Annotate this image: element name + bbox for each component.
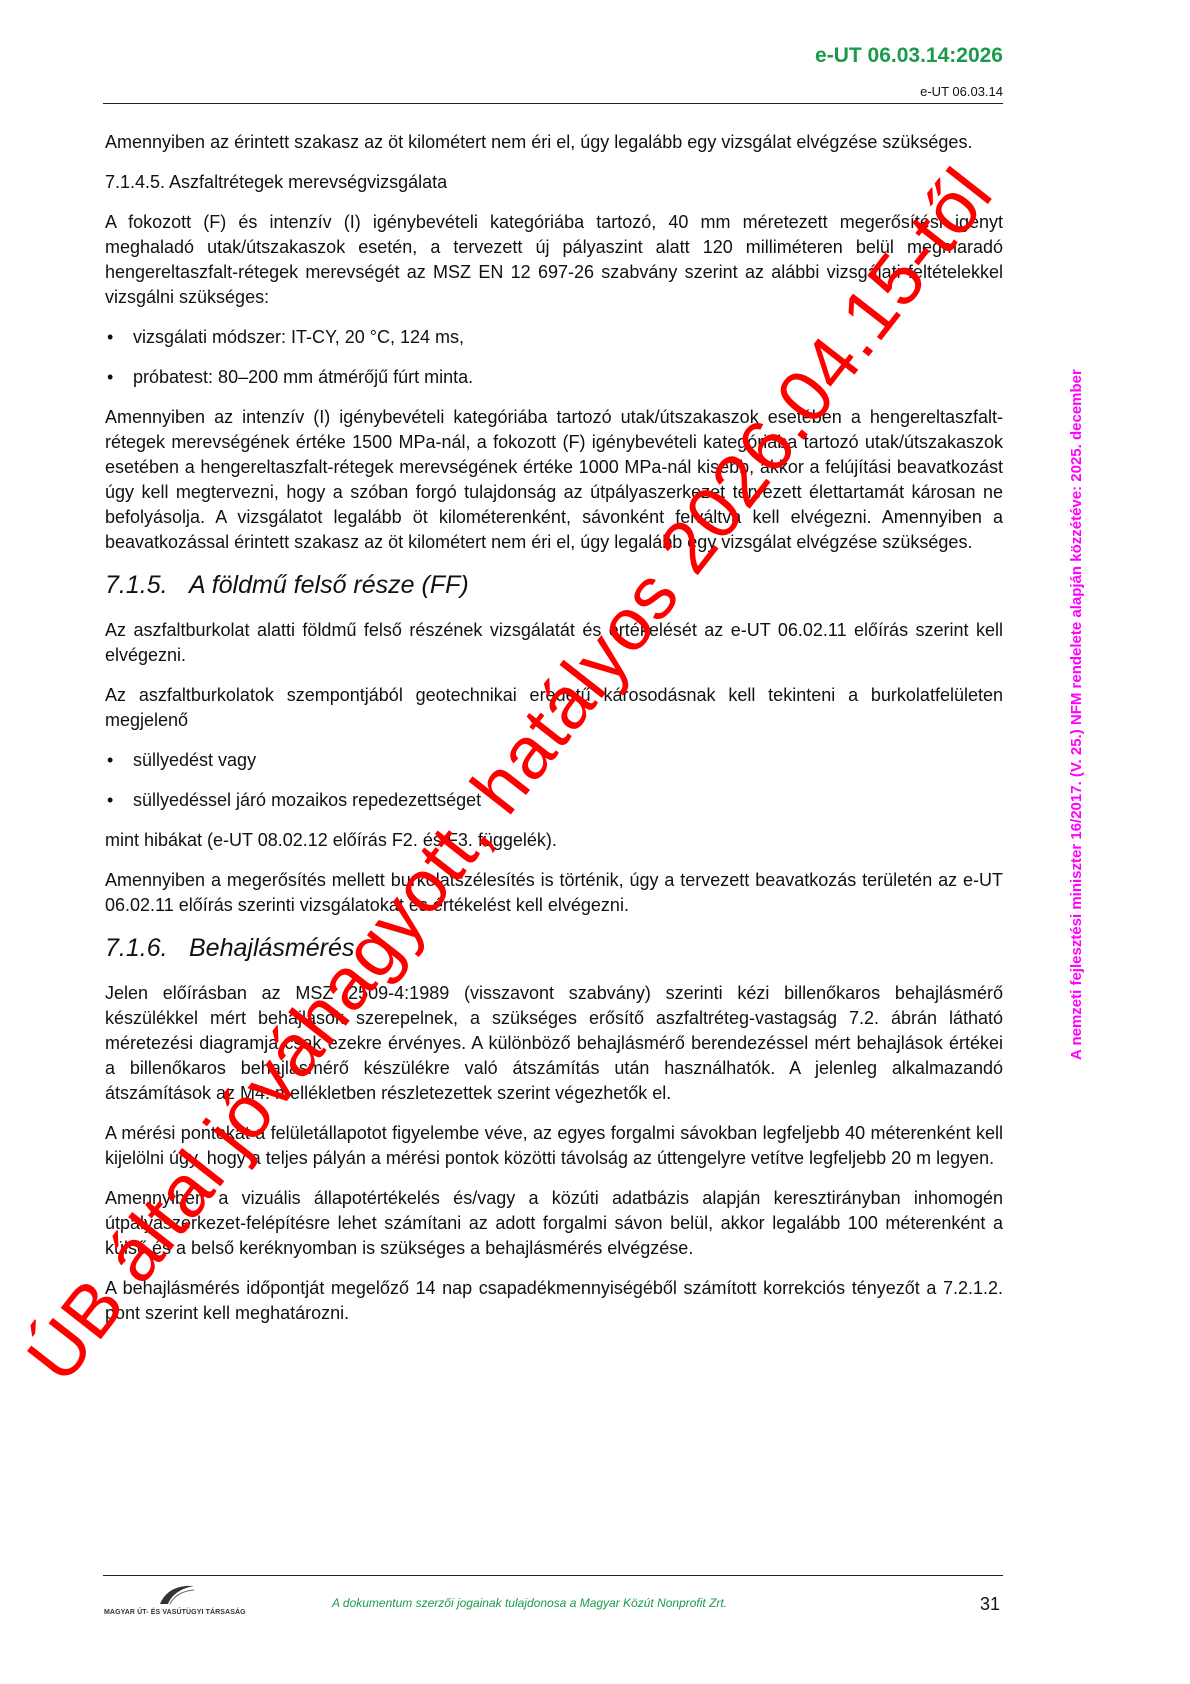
logo-label: MAGYAR ÚT- ÉS VASÚTÜGYI TÁRSASÁG — [104, 1609, 246, 1616]
footer-divider — [103, 1575, 1003, 1576]
publication-note: A nemzeti fejlesztési miniszter 16/2017.… — [1068, 369, 1085, 1060]
document-code: e-UT 06.03.14:2026 — [815, 44, 1003, 68]
header-divider — [103, 103, 1003, 104]
paragraph: Az aszfaltburkolatok szempontjából geote… — [105, 683, 1003, 733]
section-title: Behajlásmérés — [189, 934, 354, 962]
paragraph: Amennyiben a vizuális állapotértékelés é… — [105, 1186, 1003, 1261]
paragraph: Amennyiben az érintett szakasz az öt kil… — [105, 130, 1003, 155]
list-item: vizsgálati módszer: IT-CY, 20 °C, 124 ms… — [105, 325, 1003, 350]
paragraph: A mérési pontokat a felületállapotot fig… — [105, 1121, 1003, 1171]
section-number: 7.1.5. — [105, 570, 189, 600]
document-page: e-UT 06.03.14:2026 e-UT 06.03.14 Amennyi… — [0, 0, 1190, 1684]
page-number: 31 — [980, 1594, 1000, 1615]
paragraph: Jelen előírásban az MSZ 2509-4:1989 (vis… — [105, 981, 1003, 1106]
document-body: Amennyiben az érintett szakasz az öt kil… — [105, 130, 1003, 1341]
paragraph: Amennyiben az intenzív (I) igénybevételi… — [105, 405, 1003, 555]
paragraph: A fokozott (F) és intenzív (I) igénybevé… — [105, 210, 1003, 310]
copyright-notice: A dokumentum szerzői jogainak tulajdonos… — [332, 1596, 727, 1610]
section-number: 7.1.6. — [105, 933, 189, 963]
road-swoosh-icon — [156, 1584, 196, 1606]
bullet-list: süllyedést vagy süllyedéssel járó mozaik… — [105, 748, 1003, 813]
subsection-heading: 7.1.4.5. Aszfaltrétegek merevségvizsgála… — [105, 170, 1003, 195]
list-item: süllyedést vagy — [105, 748, 1003, 773]
bullet-list: vizsgálati módszer: IT-CY, 20 °C, 124 ms… — [105, 325, 1003, 390]
paragraph: mint hibákat (e-UT 08.02.12 előírás F2. … — [105, 828, 1003, 853]
running-header: e-UT 06.03.14 — [920, 84, 1003, 99]
paragraph: Az aszfaltburkolat alatti földmű felső r… — [105, 618, 1003, 668]
list-item: süllyedéssel járó mozaikos repedezettség… — [105, 788, 1003, 813]
section-heading-716: 7.1.6.Behajlásmérés — [105, 933, 1003, 963]
section-heading-715: 7.1.5.A földmű felső része (FF) — [105, 570, 1003, 600]
paragraph: A behajlásmérés időpontját megelőző 14 n… — [105, 1276, 1003, 1326]
paragraph: Amennyiben a megerősítés mellett burkola… — [105, 868, 1003, 918]
section-title: A földmű felső része (FF) — [189, 571, 469, 599]
list-item: próbatest: 80–200 mm átmérőjű fúrt minta… — [105, 365, 1003, 390]
society-logo: MAGYAR ÚT- ÉS VASÚTÜGYI TÁRSASÁG — [104, 1584, 244, 1624]
